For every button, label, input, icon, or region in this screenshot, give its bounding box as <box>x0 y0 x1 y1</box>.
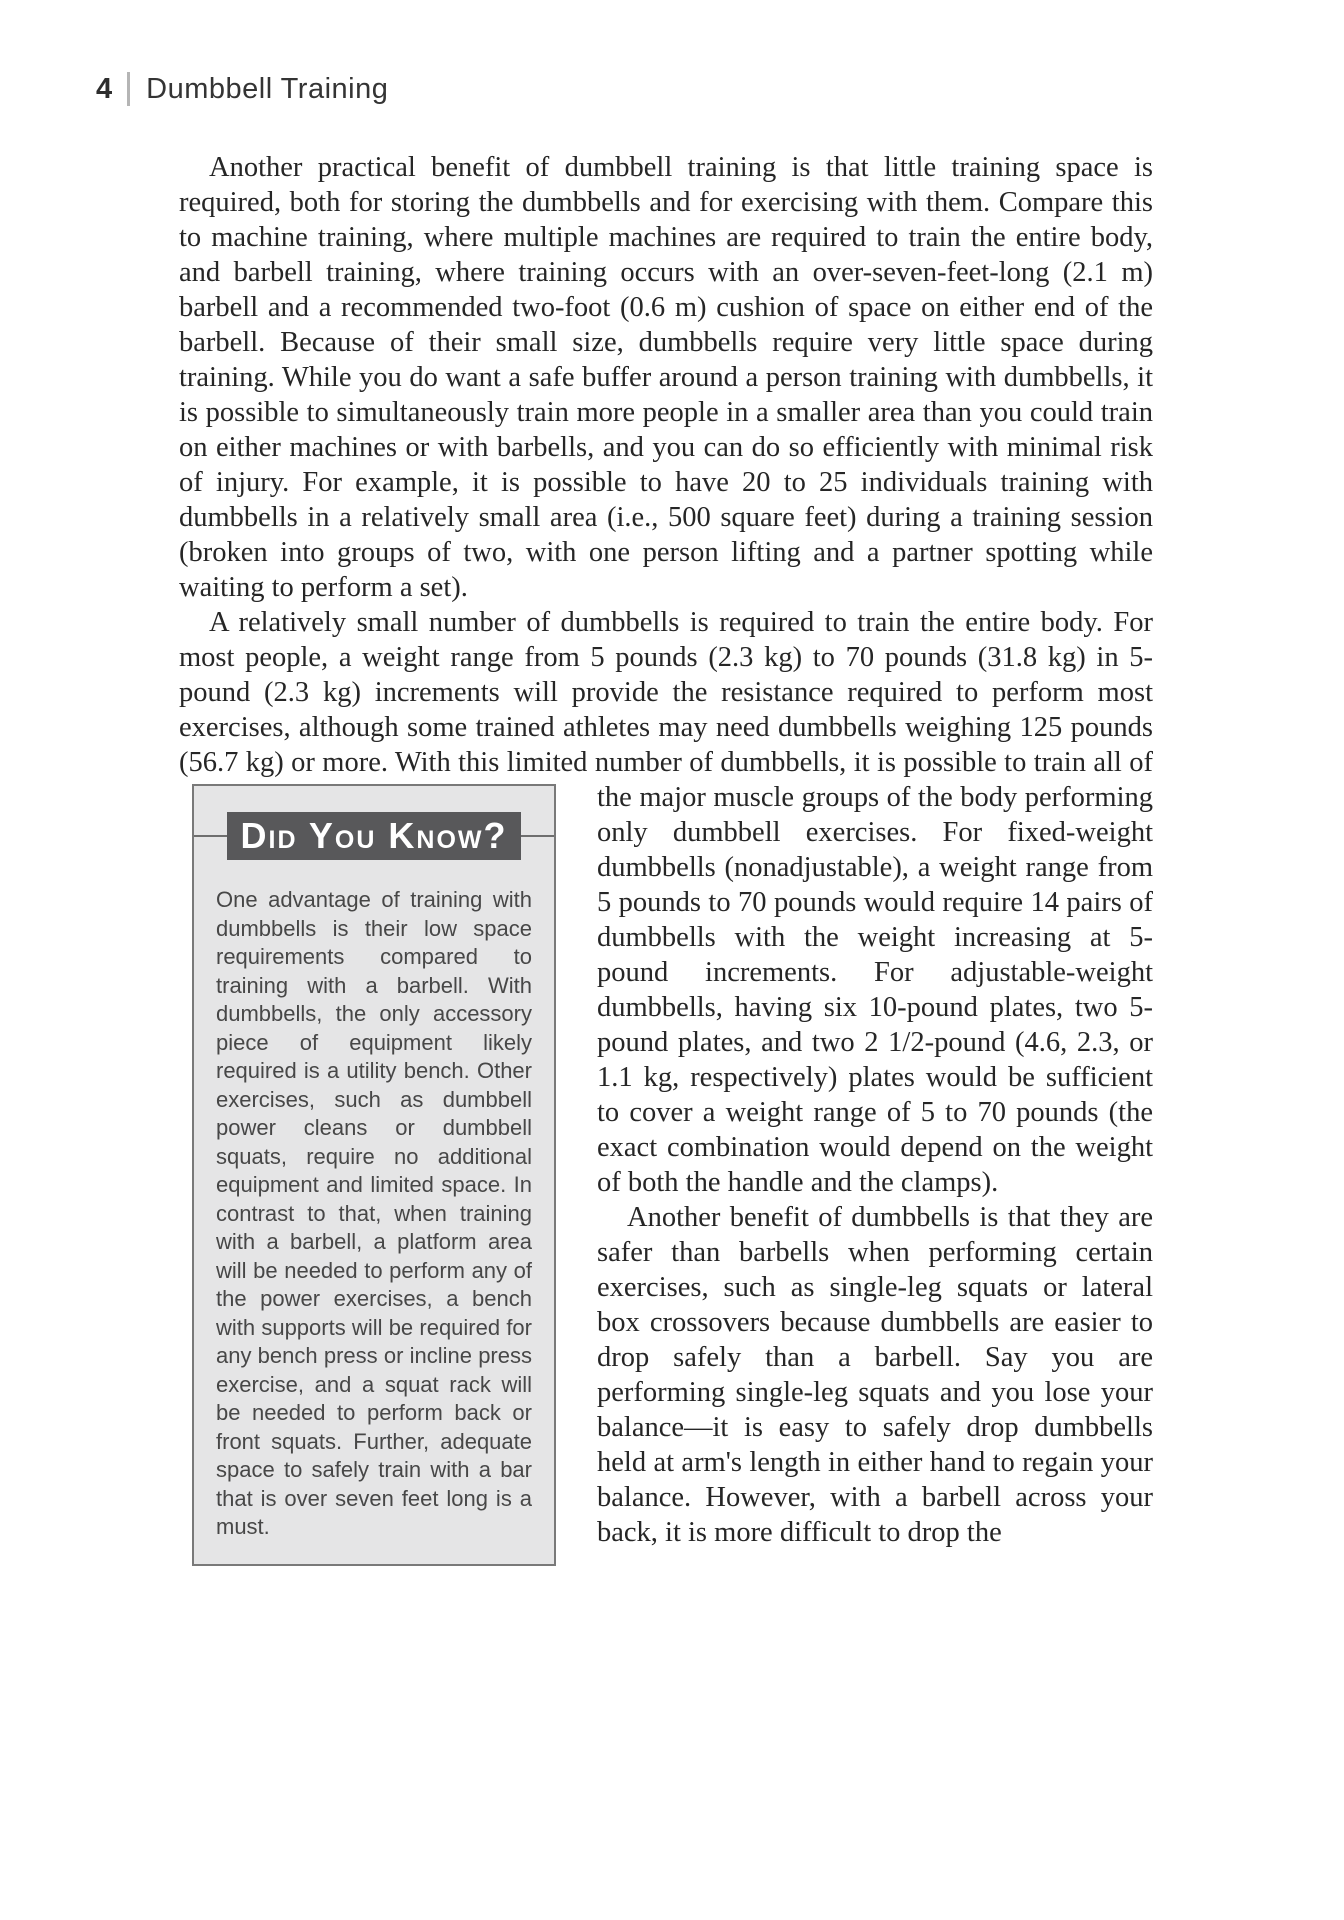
page-number: 4 <box>96 73 112 106</box>
header-divider <box>127 72 130 106</box>
header-rule-right <box>521 835 554 837</box>
paragraph-1: Another practical benefit of dumbbell tr… <box>179 150 1153 605</box>
page-header: 4 Dumbbell Training <box>96 72 388 106</box>
paragraph-1-text: Another practical benefit of dumbbell tr… <box>179 152 1153 603</box>
running-title: Dumbbell Training <box>146 73 388 106</box>
did-you-know-title: Did You Know? <box>227 812 522 860</box>
paragraph-2: A relatively small number of dumbbells i… <box>179 605 1153 1200</box>
did-you-know-text: One advantage of training with dumbbells… <box>216 886 532 1542</box>
paragraph-2-text-after-box: body performing only dumbbell exercises.… <box>597 782 1153 1198</box>
header-rule-left <box>194 835 227 837</box>
did-you-know-header: Did You Know? <box>194 812 554 860</box>
did-you-know-box: Did You Know?One advantage of training w… <box>192 784 556 1566</box>
paragraph-3-text: Another benefit of dumbbells is that the… <box>597 1202 1153 1548</box>
text-column: Another practical benefit of dumbbell tr… <box>179 150 1153 1574</box>
book-page: 4 Dumbbell Training Another practical be… <box>0 0 1344 1920</box>
